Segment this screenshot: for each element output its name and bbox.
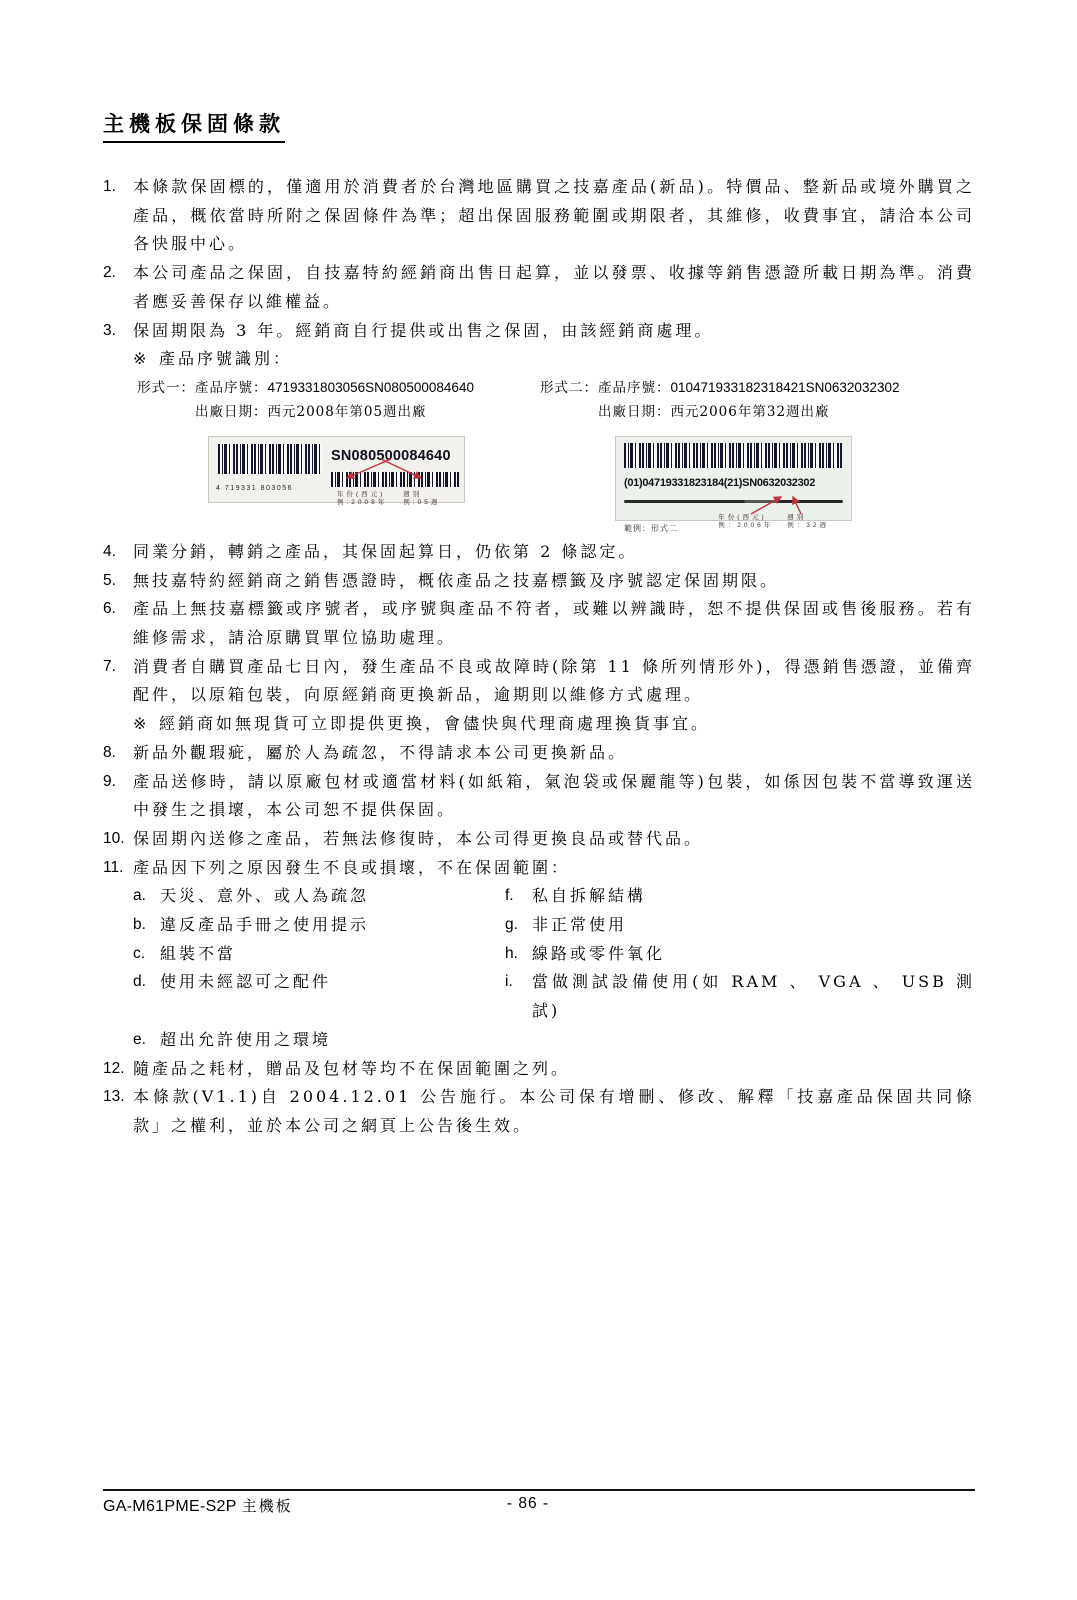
exclusion-list: a. 天災、意外、或人為疏忽 f. 私自拆解結構 b. 違反產品手冊 xyxy=(133,882,975,1054)
item-number: 2. xyxy=(103,259,133,316)
serial-number-text: SN080500084640 xyxy=(331,442,459,471)
barcode-examples: 4 719331 803056 SN080500084640 xyxy=(133,436,975,521)
year-label: 年份(西元) xyxy=(337,491,387,499)
ean-digits: 4 719331 803056 xyxy=(216,475,325,504)
serial-value: 4719331803056SN080500084640 xyxy=(268,380,474,395)
serial-id-note: ※ 產品序號識別： xyxy=(133,345,975,374)
ean-barcode: 4 719331 803056 xyxy=(215,442,325,497)
ean-barcode-bars-icon xyxy=(218,444,322,474)
page-footer: GA-M61PME-S2P 主機板 - 86 - xyxy=(103,1489,975,1519)
footer-model: GA-M61PME-S2P 主機板 xyxy=(103,1495,293,1516)
exclusion-row: a. 天災、意外、或人為疏忽 f. 私自拆解結構 xyxy=(133,882,975,911)
exclusion-text: 線路或零件氧化 xyxy=(532,940,665,969)
exclusion-item-a: a. 天災、意外、或人為疏忽 xyxy=(133,882,505,911)
week-label: 週別 xyxy=(787,514,829,522)
exclusion-item-h: h. 線路或零件氧化 xyxy=(505,940,665,969)
exclusion-text: 超出允許使用之環境 xyxy=(160,1026,331,1055)
exclusion-row: e. 超出允許使用之環境 xyxy=(133,1026,975,1055)
barcode-annotations: 年份(西元) 例:2008年 週別 例:05週 xyxy=(337,491,459,507)
exclusion-item-b: b. 違反產品手冊之使用提示 xyxy=(133,911,505,940)
item-text: 本公司產品之保固，自技嘉特約經銷商出售日起算，並以發票、收據等銷售憑證所載日期為… xyxy=(133,259,975,316)
item-text: 新品外觀瑕疵，屬於人為疏忽，不得請求本公司更換新品。 xyxy=(133,739,975,768)
serial-id-note-text: 產品序號識別： xyxy=(159,345,292,374)
week-example: 例：32週 xyxy=(787,522,829,530)
item-number: 12. xyxy=(103,1055,133,1084)
format-serial-line: 產品序號：010471933182318421SN0632032302 xyxy=(598,376,899,400)
exchange-note-text: 經銷商如無現貨可立即提供更換，會儘快與代理商處理換貨事宜。 xyxy=(159,710,710,739)
year-example: 例：2006年 xyxy=(718,522,773,530)
label-edge-shadow xyxy=(624,500,843,503)
term-item-1: 1. 本條款保固標的，僅適用於消費者於台灣地區購買之技嘉產品(新品)。特價品、整… xyxy=(103,173,975,259)
exclusion-item-c: c. 組裝不當 xyxy=(133,940,505,969)
item-number: 11. xyxy=(103,854,133,1055)
date-value: 西元2006年第32週出廠 xyxy=(671,404,830,420)
term-item-7: 7. 消費者自購買產品七日內，發生產品不良或故障時(除第 11 條所列情形外)，… xyxy=(103,653,975,739)
exclusion-letter: c. xyxy=(133,940,160,969)
exclusion-text: 使用未經認可之配件 xyxy=(160,968,331,1025)
barcode-annotations: 年份(西元) 例：2006年 週別 例：32週 xyxy=(718,514,829,530)
model-name: GA-M61PME-S2P xyxy=(103,1498,237,1515)
item-text: 產品送修時，請以原廠包材或適當材料(如紙箱，氣泡袋或保麗龍等)包裝，如係因包裝不… xyxy=(133,768,975,825)
exchange-note: ※ 經銷商如無現貨可立即提供更換，會儘快與代理商處理換貨事宜。 xyxy=(133,710,975,739)
year-example: 例:2008年 xyxy=(337,499,387,507)
exclusion-text: 天災、意外、或人為疏忽 xyxy=(160,882,369,911)
reference-mark-icon: ※ xyxy=(133,345,159,374)
term-item-12: 12. 隨產品之耗材，贈品及包材等均不在保固範圍之列。 xyxy=(103,1055,975,1084)
date-label: 出廠日期： xyxy=(195,404,268,420)
exclusion-letter: d. xyxy=(133,968,160,1025)
serial-format-1: 形式一： 產品序號：4719331803056SN080500084640 出廠… xyxy=(137,376,540,424)
format-lines: 產品序號：4719331803056SN080500084640 出廠日期：西元… xyxy=(195,376,474,424)
serial-label: 產品序號： xyxy=(195,380,268,396)
exclusion-row: b. 違反產品手冊之使用提示 g. 非正常使用 xyxy=(133,911,975,940)
exclusion-text: 違反產品手冊之使用提示 xyxy=(160,911,369,940)
date-label: 出廠日期： xyxy=(598,404,671,420)
item-text-line: 產品因下列之原因發生不良或損壞，不在保固範圍： xyxy=(133,854,975,883)
week-example: 例:05週 xyxy=(403,499,440,507)
serial-value: 010471933182318421SN0632032302 xyxy=(671,380,900,395)
format-date-line: 出廠日期：西元2008年第05週出廠 xyxy=(195,400,474,424)
term-item-4: 4. 同業分銷，轉銷之產品，其保固起算日，仍依第 2 條認定。 xyxy=(103,538,975,567)
page-number: - 86 - xyxy=(403,1495,653,1513)
year-annotation: 年份(西元) 例：2006年 xyxy=(718,514,773,530)
term-item-9: 9. 產品送修時，請以原廠包材或適當材料(如紙箱，氣泡袋或保麗龍等)包裝，如係因… xyxy=(103,768,975,825)
exclusion-letter: a. xyxy=(133,882,160,911)
term-item-8: 8. 新品外觀瑕疵，屬於人為疏忽，不得請求本公司更換新品。 xyxy=(103,739,975,768)
serial-label: 產品序號： xyxy=(598,380,671,396)
format-lines: 產品序號：010471933182318421SN0632032302 出廠日期… xyxy=(598,376,899,424)
year-label: 年份(西元) xyxy=(718,514,773,522)
term-item-5: 5. 無技嘉特約經銷商之銷售憑證時，概依產品之技嘉標籤及序號認定保固期限。 xyxy=(103,567,975,596)
serial-barcode-block: SN080500084640 xyxy=(331,442,459,497)
serial-barcode-bars-icon xyxy=(331,472,459,487)
barcode-label-format1: 4 719331 803056 SN080500084640 xyxy=(208,436,465,503)
exclusion-row: d. 使用未經認可之配件 i. 當做測試設備使用(如 RAM 、 VGA 、 U… xyxy=(133,968,975,1025)
item-number: 6. xyxy=(103,595,133,652)
week-label: 週別 xyxy=(403,491,440,499)
manual-page: 主機板保固條款 1. 本條款保固標的，僅適用於消費者於台灣地區購買之技嘉產品(新… xyxy=(0,0,1077,1600)
term-item-3: 3. 保固期限為 3 年。經銷商自行提供或出售之保固，由該經銷商處理。 ※ 產品… xyxy=(103,317,975,538)
exclusion-letter: b. xyxy=(133,911,160,940)
serial-format-2: 形式二： 產品序號：010471933182318421SN0632032302… xyxy=(540,376,899,424)
exclusion-item-i: i. 當做測試設備使用(如 RAM 、 VGA 、 USB 測試) xyxy=(505,968,975,1025)
item-text-line: 消費者自購買產品七日內，發生產品不良或故障時(除第 11 條所列情形外)，得憑銷… xyxy=(133,653,975,710)
item-text: 同業分銷，轉銷之產品，其保固起算日，仍依第 2 條認定。 xyxy=(133,538,975,567)
week-annotation: 週別 例：32週 xyxy=(787,514,829,530)
term-item-6: 6. 產品上無技嘉標籤或序號者，或序號與產品不符者，或難以辨識時，恕不提供保固或… xyxy=(103,595,975,652)
term-item-2: 2. 本公司產品之保固，自技嘉特約經銷商出售日起算，並以發票、收據等銷售憑證所載… xyxy=(103,259,975,316)
page-content: 主機板保固條款 1. 本條款保固標的，僅適用於消費者於台灣地區購買之技嘉產品(新… xyxy=(103,0,975,1141)
barcode-label-format2: (01)04719331823184(21)SN0632032302 範例：形式… xyxy=(615,436,852,521)
exclusion-letter: h. xyxy=(505,940,532,969)
gs1-code-text: (01)04719331823184(21)SN0632032302 xyxy=(624,469,843,498)
item-text: 無技嘉特約經銷商之銷售憑證時，概依產品之技嘉標籤及序號認定保固期限。 xyxy=(133,567,975,596)
item-number: 9. xyxy=(103,768,133,825)
item-number: 3. xyxy=(103,317,133,538)
exclusion-item-d: d. 使用未經認可之配件 xyxy=(133,968,505,1025)
format-name: 形式一： xyxy=(137,376,195,424)
item-text: 本條款保固標的，僅適用於消費者於台灣地區購買之技嘉產品(新品)。特價品、整新品或… xyxy=(133,173,975,259)
exclusion-row: c. 組裝不當 h. 線路或零件氧化 xyxy=(133,940,975,969)
item-text: 隨產品之耗材，贈品及包材等均不在保固範圍之列。 xyxy=(133,1055,975,1084)
format-date-line: 出廠日期：西元2006年第32週出廠 xyxy=(598,400,899,424)
item-number: 8. xyxy=(103,739,133,768)
item-number: 7. xyxy=(103,653,133,739)
item-number: 1. xyxy=(103,173,133,259)
item-number: 4. xyxy=(103,538,133,567)
item-text: 產品上無技嘉標籤或序號者，或序號與產品不符者，或難以辨識時，恕不提供保固或售後服… xyxy=(133,595,975,652)
format-serial-line: 產品序號：4719331803056SN080500084640 xyxy=(195,376,474,400)
exclusion-text: 非正常使用 xyxy=(532,911,627,940)
term-item-13: 13. 本條款(V1.1)自 2004.12.01 公告施行。本公司保有增刪、修… xyxy=(103,1083,975,1140)
exclusion-item-f: f. 私自拆解結構 xyxy=(505,882,646,911)
item-text: 保固期限為 3 年。經銷商自行提供或出售之保固，由該經銷商處理。 ※ 產品序號識… xyxy=(133,317,975,538)
exclusion-item-g: g. 非正常使用 xyxy=(505,911,627,940)
exclusion-letter: g. xyxy=(505,911,532,940)
item-text-line: 保固期限為 3 年。經銷商自行提供或出售之保固，由該經銷商處理。 xyxy=(133,317,975,346)
exclusion-text: 私自拆解結構 xyxy=(532,882,646,911)
warranty-terms-list: 1. 本條款保固標的，僅適用於消費者於台灣地區購買之技嘉產品(新品)。特價品、整… xyxy=(103,173,975,1141)
exclusion-item-e: e. 超出允許使用之環境 xyxy=(133,1026,505,1055)
term-item-11: 11. 產品因下列之原因發生不良或損壞，不在保固範圍： a. 天災、意外、或人為… xyxy=(103,854,975,1055)
exclusion-text: 當做測試設備使用(如 RAM 、 VGA 、 USB 測試) xyxy=(532,968,975,1025)
reference-mark-icon: ※ xyxy=(133,710,159,739)
item-number: 13. xyxy=(103,1083,133,1140)
example-caption: 範例：形式二 xyxy=(624,515,678,544)
item-text: 產品因下列之原因發生不良或損壞，不在保固範圍： a. 天災、意外、或人為疏忽 f… xyxy=(133,854,975,1055)
serial-format-examples: 形式一： 產品序號：4719331803056SN080500084640 出廠… xyxy=(137,376,975,424)
exclusion-letter: e. xyxy=(133,1026,160,1055)
item-number: 10. xyxy=(103,825,133,854)
gs1-barcode-bars-icon xyxy=(624,443,842,468)
format-name: 形式二： xyxy=(540,376,598,424)
week-annotation: 週別 例:05週 xyxy=(403,491,440,507)
exclusion-text: 組裝不當 xyxy=(160,940,236,969)
footer-row: GA-M61PME-S2P 主機板 - 86 - xyxy=(103,1493,975,1519)
exclusion-letter: i. xyxy=(505,968,532,1025)
item-text: 保固期內送修之產品，若無法修復時，本公司得更換良品或替代品。 xyxy=(133,825,975,854)
item-text: 消費者自購買產品七日內，發生產品不良或故障時(除第 11 條所列情形外)，得憑銷… xyxy=(133,653,975,739)
date-value: 西元2008年第05週出廠 xyxy=(268,404,427,420)
item-number: 5. xyxy=(103,567,133,596)
term-item-10: 10. 保固期內送修之產品，若無法修復時，本公司得更換良品或替代品。 xyxy=(103,825,975,854)
year-annotation: 年份(西元) 例:2008年 xyxy=(337,491,387,507)
barcode2-bottom-row: 範例：形式二 xyxy=(624,506,843,544)
item-text: 本條款(V1.1)自 2004.12.01 公告施行。本公司保有增刪、修改、解釋… xyxy=(133,1083,975,1140)
exclusion-letter: f. xyxy=(505,882,532,911)
page-title: 主機板保固條款 xyxy=(103,108,285,143)
model-suffix: 主機板 xyxy=(242,1497,293,1515)
